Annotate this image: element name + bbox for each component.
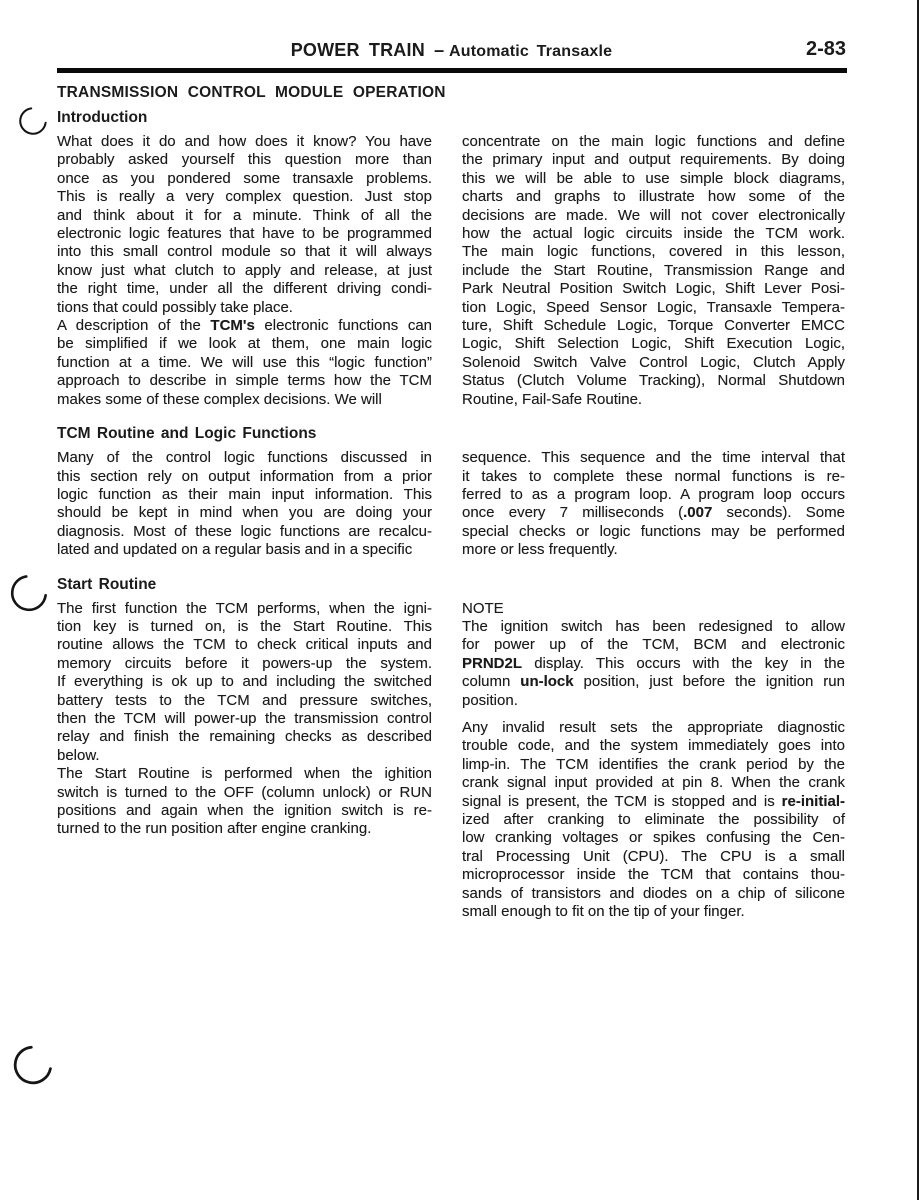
text-line: relay and finish the remaining checks as… — [57, 728, 432, 746]
text-line: more or less frequently. — [462, 541, 845, 559]
text-line: The ignition switch has been redesigned … — [462, 618, 845, 636]
text-line: into this small control module so that i… — [57, 243, 432, 261]
text-line: battery tests to the TCM and pressure sw… — [57, 692, 432, 710]
text-line: be simplified if we look at them, one ma… — [57, 335, 432, 353]
text-line: concentrate on the main logic functions … — [462, 133, 845, 151]
two-column-layout: Many of the control logic functions disc… — [57, 449, 845, 559]
text-line: turned to the run position after engine … — [57, 820, 432, 838]
header-rule — [57, 68, 847, 73]
text-line: once every 7 milliseconds (.007 seconds)… — [462, 504, 845, 522]
text-line: position. — [462, 692, 845, 710]
text-line: NOTE — [462, 600, 845, 618]
page-header: POWER TRAIN – Automatic Transaxle 2-83 — [57, 40, 846, 66]
main-heading: TRANSMISSION CONTROL MODULE OPERATION — [57, 84, 845, 102]
text-line: know just what clutch to apply and relea… — [57, 262, 432, 280]
text-line: then the TCM will power-up the transmiss… — [57, 710, 432, 728]
text-line: tion key is turned on, is the Start Rout… — [57, 618, 432, 636]
paragraph: The Start Routine is performed when the … — [57, 765, 432, 839]
text-line: Any invalid result sets the appropriate … — [462, 719, 845, 737]
text-line: function at a time. We will use this “lo… — [57, 354, 432, 372]
text-line: column un-lock position, just before the… — [462, 673, 845, 691]
text-line: What does it do and how does it know? Yo… — [57, 133, 432, 151]
paragraph: What does it do and how does it know? Yo… — [57, 133, 432, 317]
text-line: approach to describe in simple terms how… — [57, 372, 432, 390]
text-line: the primary input and output requirement… — [462, 151, 845, 169]
text-line: it takes to complete these normal functi… — [462, 468, 845, 486]
text-line: once as you pondered some transaxle prob… — [57, 170, 432, 188]
two-column-layout: What does it do and how does it know? Yo… — [57, 133, 845, 409]
text-line: positions and again when the ignition sw… — [57, 802, 432, 820]
column-left: The first function the TCM performs, whe… — [57, 600, 432, 922]
section-tcm-routine-and-logic-functions: TCM Routine and Logic FunctionsMany of t… — [57, 425, 845, 559]
text-line: The first function the TCM performs, whe… — [57, 600, 432, 618]
paragraph: Any invalid result sets the appropriate … — [462, 719, 845, 921]
section-heading: TCM Routine and Logic Functions — [57, 425, 845, 443]
text-line: Park Neutral Position Switch Logic, Shif… — [462, 280, 845, 298]
text-line: This is really a very complex question. … — [57, 188, 432, 206]
header-title-sub: Automatic Transaxle — [449, 43, 612, 60]
text-line: A description of the TCM's electronic fu… — [57, 317, 432, 335]
text-line: include the Start Routine, Transmission … — [462, 262, 845, 280]
section-start-routine: Start RoutineThe first function the TCM … — [57, 576, 845, 922]
paragraph: Many of the control logic functions disc… — [57, 449, 432, 559]
text-line: electronic logic features that have to b… — [57, 225, 432, 243]
text-line: switch is turned to the OFF (column unlo… — [57, 784, 432, 802]
section-introduction: IntroductionWhat does it do and how does… — [57, 109, 845, 409]
text-line: limp-in. The TCM identifies the crank pe… — [462, 756, 845, 774]
text-line: ferred to as a program loop. A program l… — [462, 486, 845, 504]
text-line: tion Logic, Speed Sensor Logic, Transaxl… — [462, 299, 845, 317]
paragraph: NOTEThe ignition switch has been redesig… — [462, 600, 845, 710]
text-line: The main logic functions, covered in thi… — [462, 243, 845, 261]
text-line: memory circuits before it powers-up the … — [57, 655, 432, 673]
text-line: Solenoid Switch Valve Control Logic, Clu… — [462, 354, 845, 372]
page-edge-shadow — [917, 0, 919, 1200]
text-line: tions that could possibly take place. — [57, 299, 432, 317]
text-line: and think about it for a minute. Think o… — [57, 207, 432, 225]
paragraph: sequence. This sequence and the time int… — [462, 449, 845, 559]
text-line: probably asked yourself this question mo… — [57, 151, 432, 169]
column-right: concentrate on the main logic functions … — [462, 133, 845, 409]
text-line: routine allows the TCM to check critical… — [57, 636, 432, 654]
text-line: special checks or logic functions may be… — [462, 523, 845, 541]
binding-mark-icon — [10, 1042, 56, 1088]
text-line: how the actual logic circuits inside the… — [462, 225, 845, 243]
column-left: What does it do and how does it know? Yo… — [57, 133, 432, 409]
text-line: should be kept in mind when you are doin… — [57, 504, 432, 522]
column-left: Many of the control logic functions disc… — [57, 449, 432, 559]
text-line: ture, Shift Schedule Logic, Torque Conve… — [462, 317, 845, 335]
text-line: small enough to fit on the tip of your f… — [462, 903, 845, 921]
text-line: crank signal input provided at pin 8. Wh… — [462, 774, 845, 792]
text-line: trouble code, and the system immediately… — [462, 737, 845, 755]
text-line: microprocessor inside the TCM that conta… — [462, 866, 845, 884]
text-line: sequence. This sequence and the time int… — [462, 449, 845, 467]
text-line: Many of the control logic functions disc… — [57, 449, 432, 467]
text-line: below. — [57, 747, 432, 765]
text-line: lated and updated on a regular basis and… — [57, 541, 432, 559]
text-line: signal is present, the TCM is stopped an… — [462, 793, 845, 811]
text-line: the right time, under all the different … — [57, 280, 432, 298]
header-title: POWER TRAIN – Automatic Transaxle — [57, 40, 846, 61]
manual-page: POWER TRAIN – Automatic Transaxle 2-83 T… — [0, 0, 921, 1200]
text-line: low cranking voltages or spikes confusin… — [462, 829, 845, 847]
section-heading: Introduction — [57, 109, 845, 127]
paragraph: concentrate on the main logic functions … — [462, 133, 845, 409]
paragraph: A description of the TCM's electronic fu… — [57, 317, 432, 409]
sections-container: IntroductionWhat does it do and how does… — [57, 109, 845, 921]
text-line: PRND2L display. This occurs with the key… — [462, 655, 845, 673]
text-line: diagnosis. Most of these logic functions… — [57, 523, 432, 541]
column-right: sequence. This sequence and the time int… — [462, 449, 845, 559]
text-line: ized after cranking to eliminate the pos… — [462, 811, 845, 829]
page-content: TRANSMISSION CONTROL MODULE OPERATION In… — [57, 84, 845, 921]
text-line: If everything is ok up to and including … — [57, 673, 432, 691]
text-line: this we will be able to use simple block… — [462, 170, 845, 188]
two-column-layout: The first function the TCM performs, whe… — [57, 600, 845, 922]
page-number: 2-83 — [806, 38, 846, 61]
text-line: tral Processing Unit (CPU). The CPU is a… — [462, 848, 845, 866]
text-line: makes some of these complex decisions. W… — [57, 391, 432, 409]
paragraph: The first function the TCM performs, whe… — [57, 600, 432, 766]
text-line: sands of transistors and diodes on a chi… — [462, 885, 845, 903]
binding-mark-icon — [16, 104, 50, 138]
text-line: this section rely on output information … — [57, 468, 432, 486]
text-line: Routine, Fail-Safe Routine. — [462, 391, 845, 409]
binding-mark-icon — [8, 572, 50, 614]
text-line: The Start Routine is performed when the … — [57, 765, 432, 783]
text-line: Status (Clutch Volume Tracking), Normal … — [462, 372, 845, 390]
text-line: decisions are made. We will not cover el… — [462, 207, 845, 225]
column-right: NOTEThe ignition switch has been redesig… — [462, 600, 845, 922]
text-line: logic function as their main input infor… — [57, 486, 432, 504]
text-line: charts and graphs to illustrate how some… — [462, 188, 845, 206]
text-line: Logic, Shift Selection Logic, Shift Exec… — [462, 335, 845, 353]
section-heading: Start Routine — [57, 576, 845, 594]
text-line: for power up of the TCM, BCM and electro… — [462, 636, 845, 654]
header-title-main: POWER TRAIN – — [291, 40, 445, 60]
